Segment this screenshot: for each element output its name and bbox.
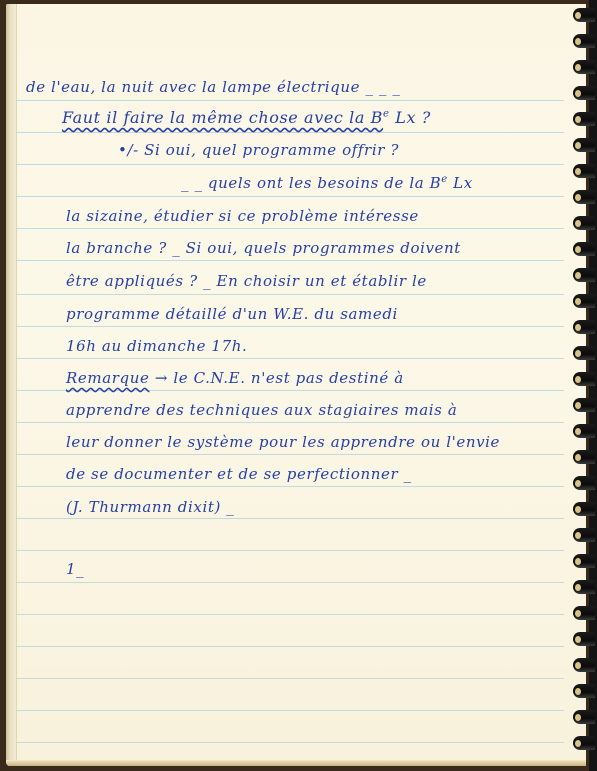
- page-bottom-edge: [6, 760, 586, 766]
- line-2-text: Faut il faire la même chose avec la B: [62, 108, 383, 127]
- line-2-tail: Lx ?: [390, 108, 431, 127]
- spiral-coil: [573, 320, 595, 334]
- handwritten-line-6: la branche ? _ Si oui, quels programmes …: [66, 239, 461, 257]
- ruled-line: [16, 710, 564, 711]
- spiral-coil: [573, 684, 595, 698]
- spiral-coil: [573, 424, 595, 438]
- handwritten-line-10: Remarque → le C.N.E. n'est pas destiné à: [66, 369, 404, 387]
- handwritten-line-4: _ _ quels ont les besoins de la Be Lx: [181, 174, 473, 192]
- handwritten-line-8: programme détaillé d'un W.E. du samedi: [66, 305, 398, 323]
- spiral-coil: [573, 528, 595, 542]
- handwritten-line-7: être appliqués ? _ En choisir un et étab…: [66, 272, 427, 290]
- handwritten-line-12: leur donner le système pour les apprendr…: [66, 433, 500, 451]
- spiral-binding: [569, 0, 597, 771]
- ruled-line: [16, 260, 564, 261]
- handwritten-line-2: Faut il faire la même chose avec la Be L…: [62, 108, 431, 127]
- spiral-coil: [573, 476, 595, 490]
- handwritten-line-5: la sizaine, étudier si ce problème intér…: [66, 207, 419, 225]
- spiral-coil: [573, 164, 595, 178]
- line-4-text: _ _ quels ont les besoins de la B: [181, 174, 441, 192]
- spiral-coil: [573, 8, 595, 22]
- ruled-line: [16, 518, 564, 519]
- remark-label: Remarque: [66, 369, 149, 387]
- spiral-coil: [573, 580, 595, 594]
- handwritten-line-15: 1_: [66, 560, 84, 578]
- spiral-coil: [573, 86, 595, 100]
- ruled-line: [16, 196, 564, 197]
- spiral-coil: [573, 710, 595, 724]
- ruled-line: [16, 550, 564, 551]
- ruled-line: [16, 582, 564, 583]
- ruled-line: [16, 742, 564, 743]
- ruled-line: [16, 326, 564, 327]
- spiral-coil: [573, 216, 595, 230]
- ruled-line: [16, 132, 564, 133]
- ruled-line: [16, 454, 564, 455]
- handwritten-line-3: •/- Si oui, quel programme offrir ?: [118, 141, 399, 159]
- ruled-line: [16, 358, 564, 359]
- ruled-line: [16, 294, 564, 295]
- line-4-tail: Lx: [448, 174, 473, 192]
- spiral-coil: [573, 606, 595, 620]
- spiral-coil: [573, 294, 595, 308]
- spiral-coil: [573, 242, 595, 256]
- spiral-coil: [573, 658, 595, 672]
- spiral-coil: [573, 632, 595, 646]
- spiral-coil: [573, 60, 595, 74]
- notebook-page: de l'eau, la nuit avec la lampe électriq…: [6, 4, 586, 766]
- handwritten-line-1: de l'eau, la nuit avec la lampe électriq…: [26, 78, 400, 96]
- spiral-coil: [573, 34, 595, 48]
- spiral-coil: [573, 346, 595, 360]
- ruled-line: [16, 486, 564, 487]
- ruled-line: [16, 228, 564, 229]
- page-stack-edge: [6, 4, 17, 766]
- ruled-line: [16, 678, 564, 679]
- spiral-coil: [573, 112, 595, 126]
- ruled-line: [16, 646, 564, 647]
- handwritten-line-11: apprendre des techniques aux stagiaires …: [66, 401, 457, 419]
- ruled-line: [16, 614, 564, 615]
- spiral-coil: [573, 502, 595, 516]
- handwritten-line-13: de se documenter et de se perfectionner …: [66, 465, 412, 483]
- spiral-coil: [573, 450, 595, 464]
- spiral-coil: [573, 268, 595, 282]
- spiral-coil: [573, 372, 595, 386]
- spiral-coil: [573, 138, 595, 152]
- spiral-coil: [573, 190, 595, 204]
- spiral-coil: [573, 736, 595, 750]
- handwritten-line-14: (J. Thurmann dixit) _: [66, 498, 234, 516]
- ruled-line: [16, 100, 564, 101]
- ruled-line: [16, 422, 564, 423]
- spiral-coil: [573, 554, 595, 568]
- ruled-line: [16, 164, 564, 165]
- handwritten-line-9: 16h au dimanche 17h.: [66, 337, 247, 355]
- spiral-coil: [573, 398, 595, 412]
- remark-text: → le C.N.E. n'est pas destiné à: [149, 369, 403, 387]
- ruled-line: [16, 390, 564, 391]
